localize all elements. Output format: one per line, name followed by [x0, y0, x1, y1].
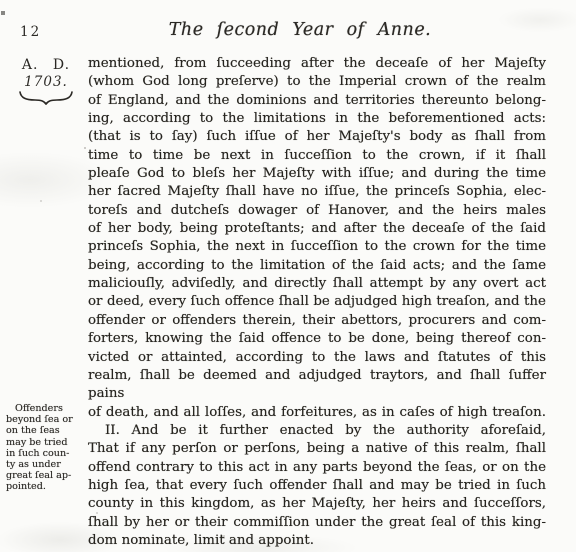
paragraph-2: II. And be it further enacted by the aut… — [88, 422, 546, 550]
text-line: of death, and all loſſes, and forfeiture… — [88, 404, 546, 422]
under-brace-icon — [17, 91, 75, 105]
text-line: county in this kingdom, as her Majeſty, … — [88, 495, 546, 513]
text-line: ing, according to the limitations in the… — [88, 110, 546, 128]
text-line: dom nominate, limit and appoint. — [88, 532, 546, 550]
text-line: ſhall by her or their commiſſion under t… — [88, 514, 546, 532]
text-line: realm, ſhall be deemed and adjudged tray… — [88, 367, 546, 404]
text-line: pointed. — [6, 481, 86, 492]
page-header: 12 The ſecond Year of Anne. — [0, 20, 576, 46]
text-line: high ſea, that every ſuch offender ſhall… — [88, 477, 546, 495]
text-line: pleaſe God to bleſs her Majeſty with iſſ… — [88, 165, 546, 183]
scan-noise-specks — [0, 0, 2, 2]
text-line: being, according to the limitation of th… — [88, 257, 546, 275]
text-line: (that is to ſay) ſuch iſſue of her Majeſ… — [88, 128, 546, 146]
text-line: her ſacred Majeſty ſhall have no iſſue, … — [88, 183, 546, 201]
text-line: That if any perſon or perſons, being a n… — [88, 440, 546, 458]
text-line: beyond ſea or — [6, 414, 86, 425]
text-line: great ſeal ap- — [6, 470, 86, 481]
body-text: mentioned, from ſucceeding after the dec… — [88, 55, 546, 550]
text-line: mentioned, from ſucceeding after the dec… — [88, 55, 546, 73]
text-line: in ſuch coun- — [6, 448, 86, 459]
text-line: on the ſeas — [6, 425, 86, 436]
margin-note-date: A. D. 1703. — [10, 57, 82, 105]
page-number: 12 — [20, 24, 41, 40]
text-line: forters, knowing the ſaid offence to be … — [88, 330, 546, 348]
text-line: of her body, being proteſtants; and afte… — [88, 220, 546, 238]
text-line: maliciouſly, adviſedly, and directly ſha… — [88, 275, 546, 293]
text-line: offender or offenders therein, their abe… — [88, 312, 546, 330]
text-line: of England, and the dominions and territ… — [88, 92, 546, 110]
text-line: victed or attainted, according to the la… — [88, 349, 546, 367]
text-line: toreſs and dutcheſs dowager of Hanover, … — [88, 202, 546, 220]
text-line: time to time be next in ſucceſſion to th… — [88, 147, 546, 165]
text-line: may be tried — [6, 437, 86, 448]
text-line: princeſs Sophia, the next in ſucceſſion … — [88, 238, 546, 256]
margin-date-ad: A. D. — [10, 57, 82, 73]
margin-note-offenders: Offendersbeyond ſea oron the ſeasmay be … — [6, 403, 86, 493]
text-line: ty as under — [6, 459, 86, 470]
text-line: or deed, every ſuch offence ſhall be adj… — [88, 293, 546, 311]
text-line: II. And be it further enacted by the aut… — [88, 422, 546, 440]
scanned-page: 12 The ſecond Year of Anne. A. D. 1703. … — [0, 0, 576, 552]
text-line: offend contrary to this act in any parts… — [88, 459, 546, 477]
page-title: The ſecond Year of Anne. — [120, 20, 480, 40]
margin-date-year: 1703. — [10, 74, 82, 90]
text-line: (whom God long preſerve) to the Imperial… — [88, 73, 546, 91]
paragraph-1: mentioned, from ſucceeding after the dec… — [88, 55, 546, 422]
text-line: Offenders — [6, 403, 86, 414]
